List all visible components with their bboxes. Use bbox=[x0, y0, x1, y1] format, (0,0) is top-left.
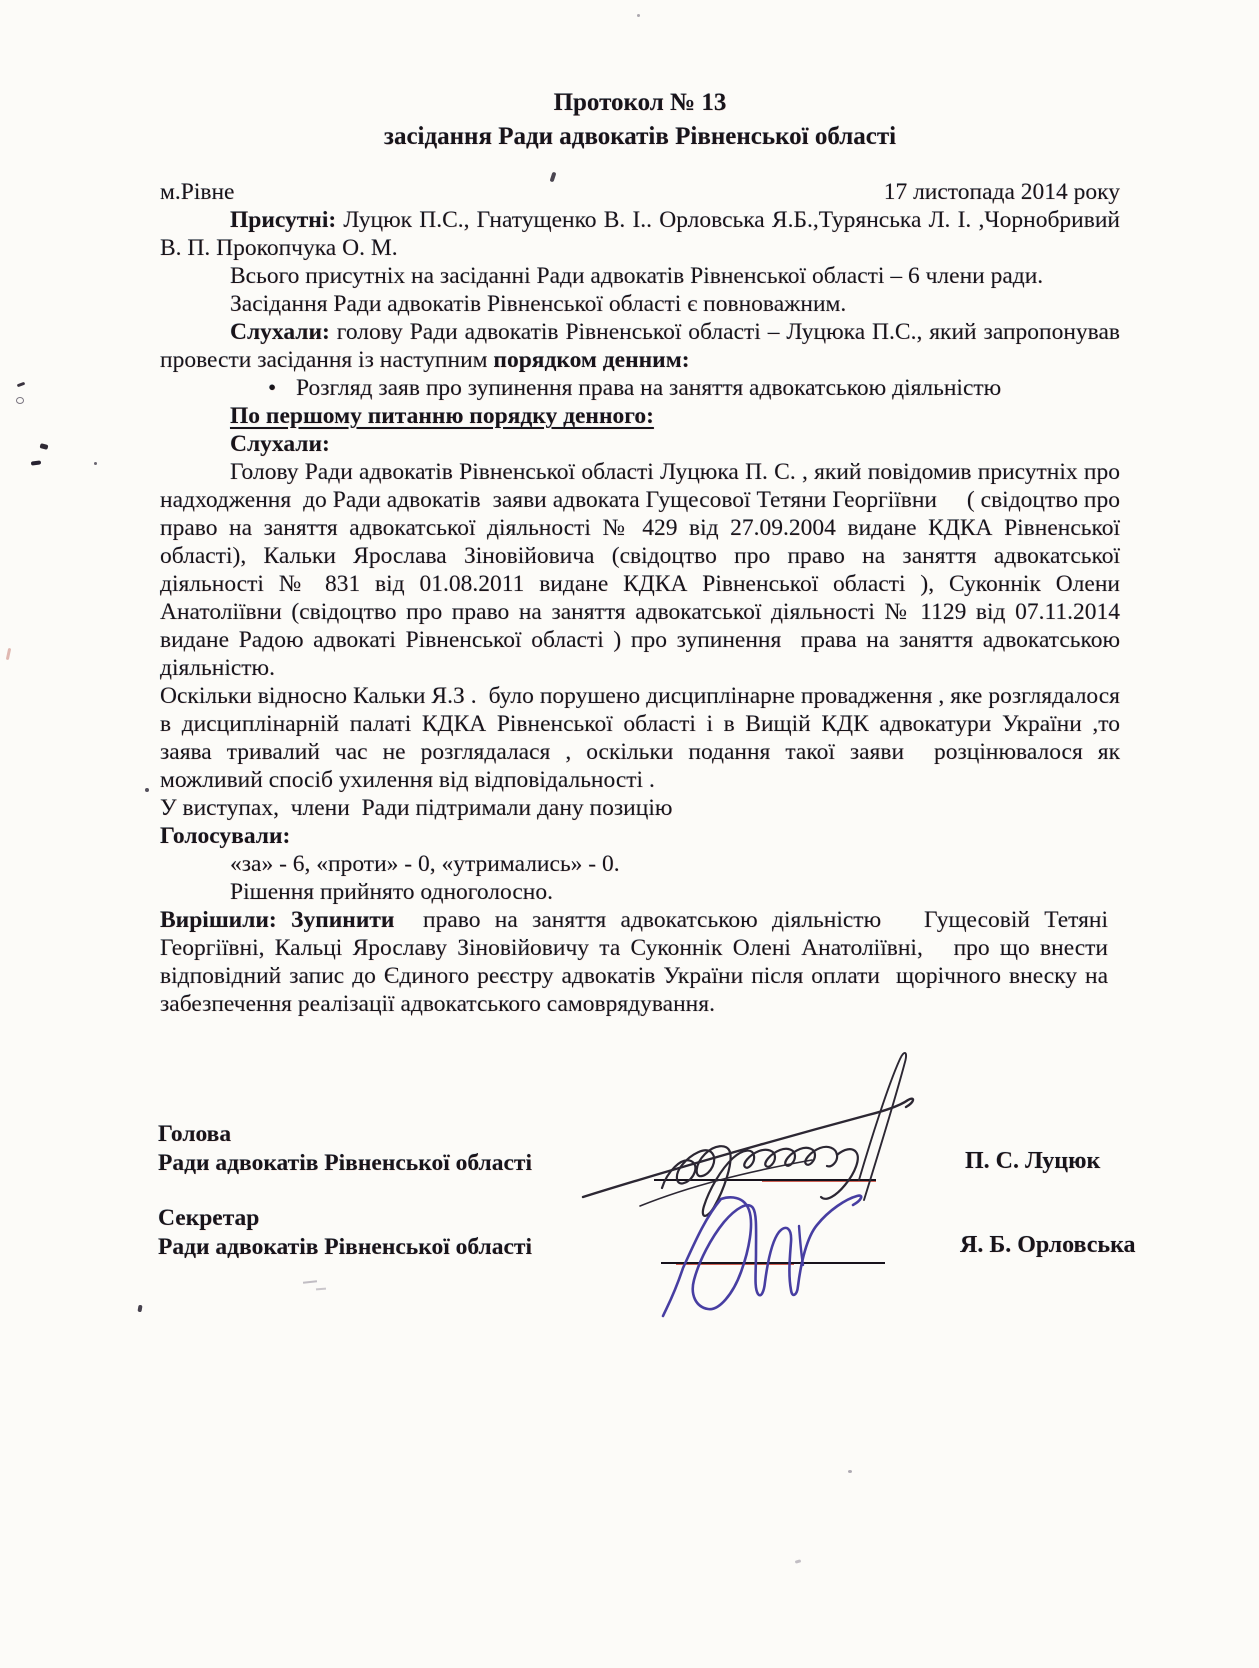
present-total-line: Всього присутніх на засіданні Ради адвок… bbox=[160, 262, 1120, 290]
scan-speck bbox=[31, 460, 41, 465]
vote-results-line: «за» - 6, «проти» - 0, «утримались» - 0. bbox=[160, 850, 1120, 878]
scanned-protocol-page: Протокол № 13 засідання Ради адвокатів Р… bbox=[0, 0, 1259, 1668]
item1-discipline-paragraph: Оскільки відносно Кальки Я.З . було пору… bbox=[160, 682, 1120, 794]
scan-speck bbox=[6, 648, 11, 660]
quorum-line: Засідання Ради адвокатів Рівненської обл… bbox=[160, 290, 1120, 318]
scan-speck bbox=[16, 397, 24, 404]
scan-speck bbox=[94, 462, 97, 465]
secretary-name: Я. Б. Орловська bbox=[960, 1232, 1136, 1259]
present-paragraph: Присутні: Луцюк П.С., Гнатущенко В. І.. … bbox=[160, 206, 1120, 262]
scan-speck bbox=[39, 443, 48, 450]
orlovska-signature-stroke bbox=[799, 1226, 803, 1265]
heard-label: Слухали: bbox=[230, 319, 330, 345]
place-label: м.Рівне bbox=[160, 178, 234, 206]
lutsyuk-signature-stroke bbox=[821, 1149, 858, 1199]
item1-applications-paragraph: Голову Ради адвокатів Рівненської област… bbox=[160, 458, 1120, 682]
place-date-row: м.Рівне 17 листопада 2014 року bbox=[160, 178, 1120, 206]
orlovska-signature-stroke bbox=[663, 1196, 861, 1316]
scan-speck bbox=[137, 1305, 142, 1313]
scan-speck bbox=[848, 1470, 852, 1473]
resolved-label: Вирішили: Зупинити bbox=[160, 907, 394, 933]
scan-speck bbox=[637, 14, 640, 17]
document-body: Протокол № 13 засідання Ради адвокатів Р… bbox=[160, 0, 1120, 1018]
item1-heading-text: По першому питанню порядку денного: bbox=[230, 403, 654, 429]
resolved-paragraph: Вирішили: Зупинити право на заняття адво… bbox=[160, 906, 1108, 1018]
scan-speck bbox=[795, 1559, 802, 1563]
scan-artifact-red-line bbox=[762, 1181, 876, 1182]
scan-speck bbox=[145, 788, 149, 792]
item1-heading: По першому питанню порядку денного: bbox=[160, 402, 1120, 430]
agenda-label: порядком денним: bbox=[493, 347, 689, 373]
date-label: 17 листопада 2014 року bbox=[884, 178, 1120, 206]
chairman-role-line2: Ради адвокатів Рівненської області bbox=[158, 1149, 678, 1178]
opening-heard-paragraph: Слухали: голову Ради адвокатів Рівненськ… bbox=[160, 318, 1120, 374]
item1-support-line: У виступах, члени Ради підтримали дану п… bbox=[160, 794, 1120, 822]
scan-speck bbox=[316, 1288, 326, 1291]
present-label: Присутні: bbox=[230, 207, 336, 233]
title-line-2: засідання Ради адвокатів Рівненської обл… bbox=[160, 120, 1120, 154]
chairman-role-line1: Голова bbox=[158, 1120, 678, 1149]
scan-speck bbox=[303, 1280, 317, 1283]
document-title: Протокол № 13 засідання Ради адвокатів Р… bbox=[160, 86, 1120, 154]
scan-artifact-red-line bbox=[676, 1264, 794, 1265]
secretary-role-line1: Секретар bbox=[158, 1204, 678, 1233]
scan-speck bbox=[17, 382, 26, 388]
title-line-1: Протокол № 13 bbox=[160, 86, 1120, 120]
agenda-item-text: Розгляд заяв про зупинення права на заня… bbox=[296, 375, 1001, 401]
item1-heard-label: Слухали: bbox=[160, 430, 1120, 458]
voted-label: Голосували: bbox=[160, 822, 1120, 850]
chairman-name: П. С. Луцюк bbox=[965, 1148, 1100, 1175]
agenda-bullet-item: •Розгляд заяв про зупинення права на зан… bbox=[160, 374, 1120, 402]
chairman-signature-label: Голова Ради адвокатів Рівненської област… bbox=[158, 1120, 678, 1178]
secretary-role-line2: Ради адвокатів Рівненської області bbox=[158, 1233, 678, 1262]
secretary-signature-label: Секретар Ради адвокатів Рівненської обла… bbox=[158, 1204, 678, 1262]
vote-note-line: Рішення прийнято одноголосно. bbox=[160, 878, 1120, 906]
orlovska-signature bbox=[663, 1196, 861, 1316]
lutsyuk-signature-stroke bbox=[859, 1053, 906, 1200]
bullet-icon: • bbox=[268, 374, 276, 402]
